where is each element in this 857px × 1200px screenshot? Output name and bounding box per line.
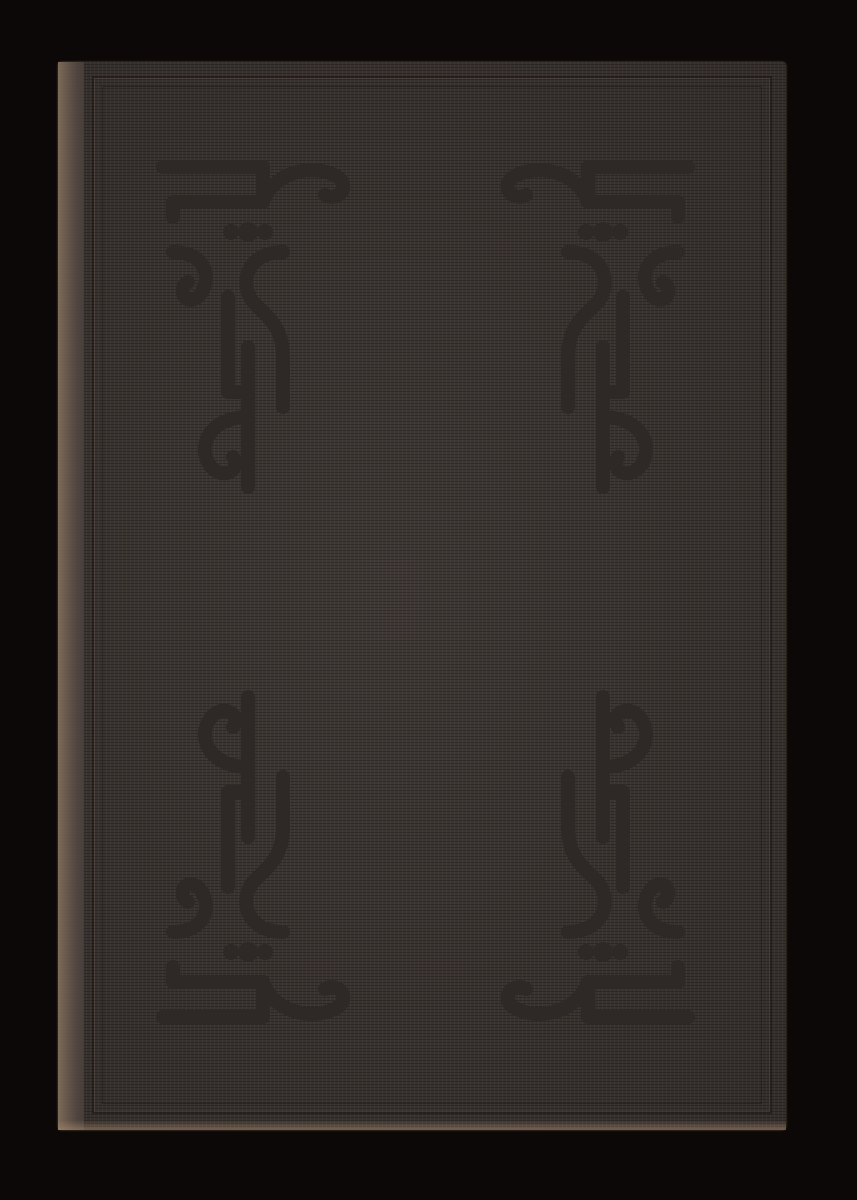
ornament-icon: [498, 157, 698, 497]
bottom-edge-wear: [58, 1120, 786, 1130]
ornament-icon: [498, 687, 698, 1027]
corner-ornament-top-left: [153, 157, 353, 497]
ornament-icon: [153, 157, 353, 497]
corner-ornament-top-right: [498, 157, 698, 497]
corner-ornament-bottom-left: [153, 687, 353, 1027]
book-cover: [58, 62, 786, 1130]
ornament-icon: [153, 687, 353, 1027]
spine-edge: [58, 62, 84, 1130]
corner-ornament-bottom-right: [498, 687, 698, 1027]
